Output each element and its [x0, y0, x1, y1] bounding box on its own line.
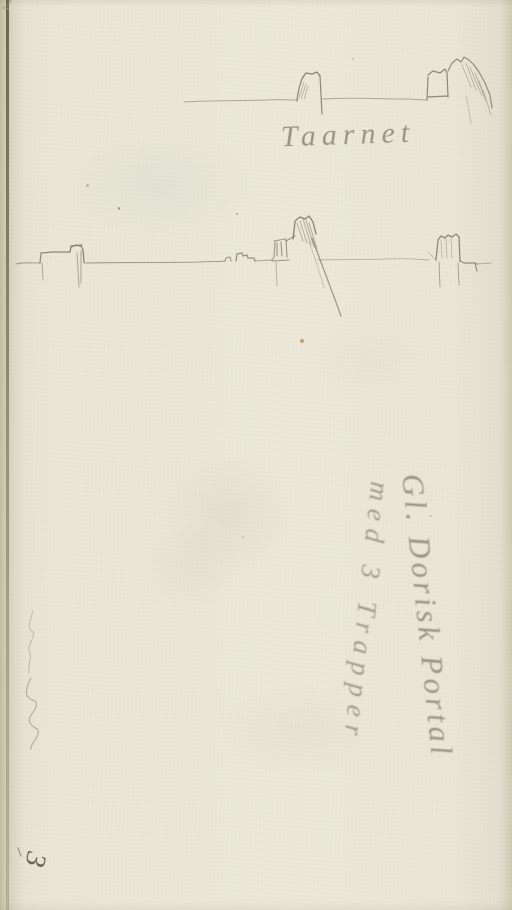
page-gutter-shadow: [8, 0, 24, 910]
handwriting-line-1: Gl. Dorisk Portal: [390, 435, 463, 797]
paper-speck: [236, 213, 238, 215]
caption-taarnet: Taarnet: [271, 115, 424, 154]
paper-speck: [86, 184, 89, 187]
pencil-sketch-layer: [0, 0, 512, 910]
handwriting-line-2: med 3 Trapper: [334, 452, 398, 773]
paper-speck: [118, 207, 120, 210]
paper-speck: [242, 536, 244, 538]
paper-speck: [352, 58, 354, 60]
sketchbook-page: Taarnet Gl. Dorisk Portal med 3 Trapper …: [0, 0, 512, 910]
foxing-spot: [300, 339, 304, 343]
paper-speck: [430, 515, 432, 517]
